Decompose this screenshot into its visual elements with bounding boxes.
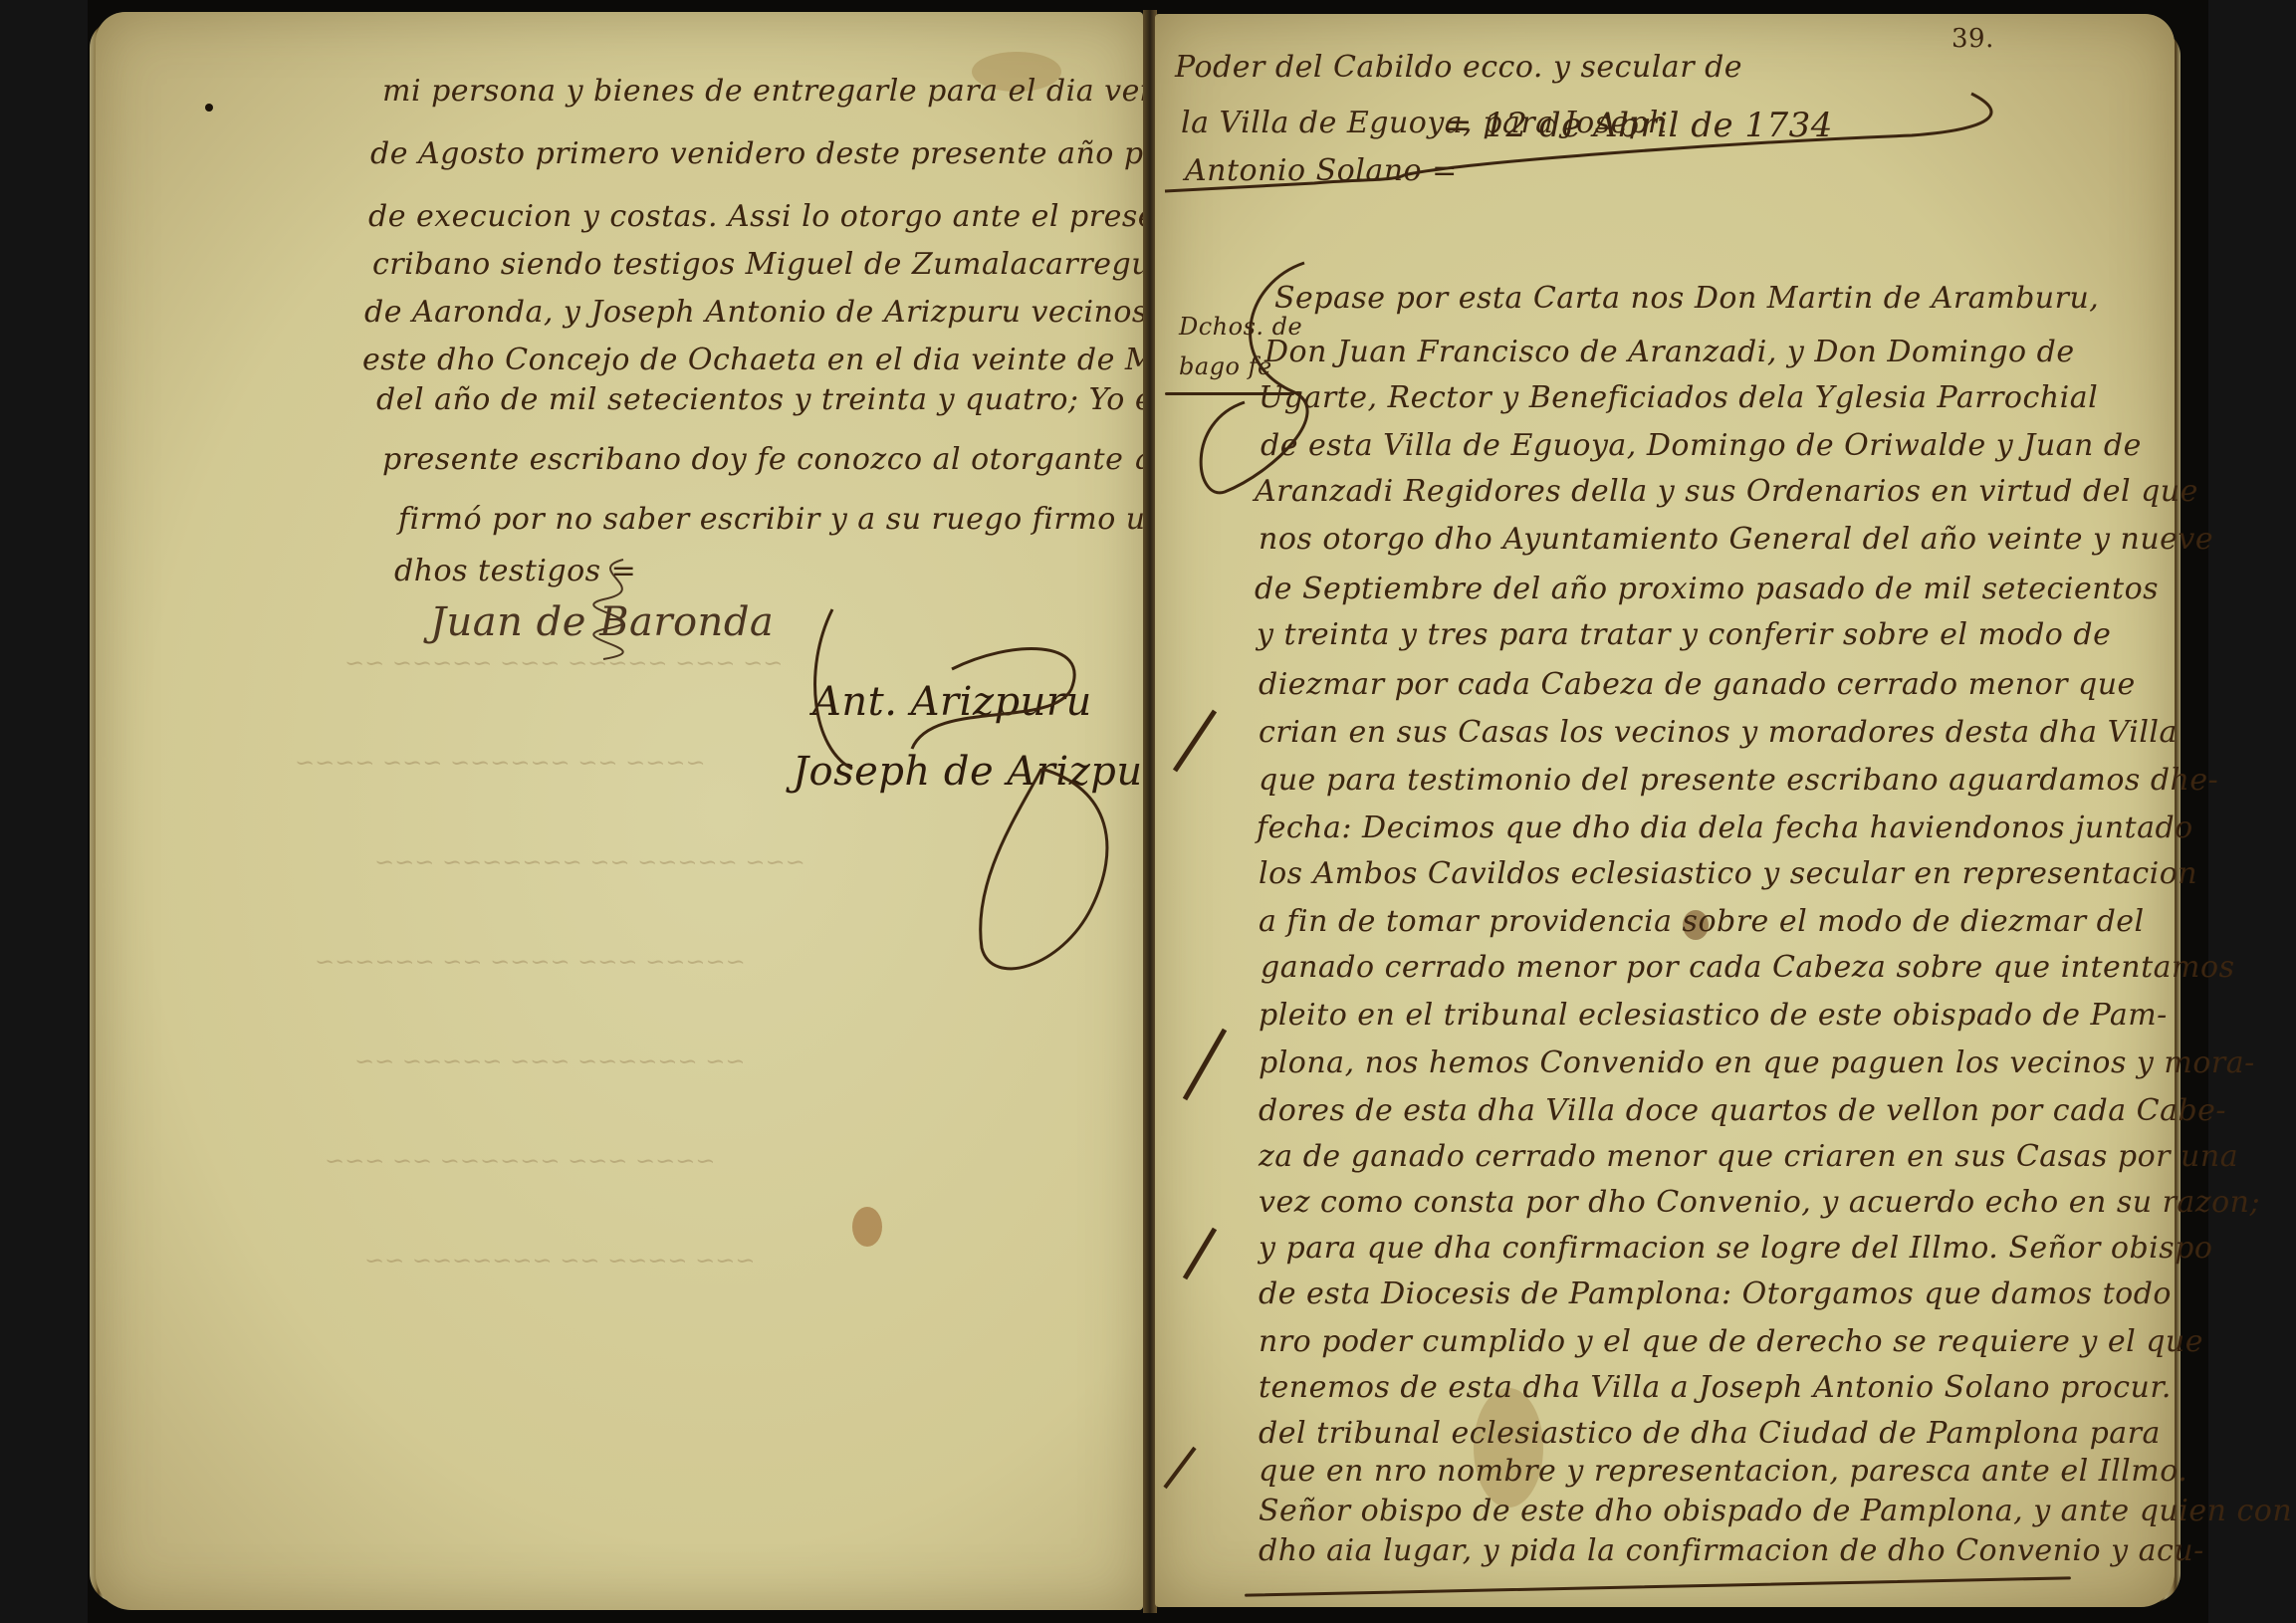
signature-rubric-flourish: [793, 550, 1191, 998]
bleed-through-text: ~~~~~ ~~~ ~~~~ ~~ ~~~~~~: [315, 948, 746, 976]
bleed-through-text: ~~~ ~~~~ ~~ ~~~~~~~ ~~: [364, 1247, 755, 1275]
bleed-through-text: ~~~ ~~~~~ ~~ ~~~~~~~ ~~~: [374, 848, 805, 876]
signature-rubric-loops: [564, 550, 683, 679]
left-page: ~~ ~~~ ~~~~~ ~~~ ~~~~~ ~~ ~~~~ ~~ ~~~~~~…: [96, 12, 1143, 1610]
line-filler-strokes: [1155, 14, 2175, 1607]
worm-hole: [205, 104, 213, 112]
ink-spot: [852, 1207, 882, 1247]
bleed-through-text: ~~~~ ~~~ ~~~~~~ ~~ ~~~: [325, 1147, 715, 1175]
text-line: de Aaronda, y Joseph Antonio de Arizpuru…: [364, 295, 1196, 330]
text-line: de execucion y costas. Assi lo otorgo an…: [368, 199, 1261, 234]
text-line: cribano siendo testigos Miguel de Zumala…: [372, 247, 1252, 282]
bleed-through-text: ~~ ~~~~~~ ~~~ ~~~~~ ~~: [354, 1047, 745, 1075]
text-line: de Agosto primero venidero deste present…: [370, 136, 1200, 171]
text-line: firmó por no saber escribir y a su ruego…: [398, 502, 1232, 537]
bleed-through-text: ~~~~ ~~ ~~~~~~ ~~~ ~~~~: [295, 749, 706, 777]
text-line: presente escribano doy fe conozco al oto…: [382, 442, 1240, 477]
text-line: del año de mil setecientos y treinta y q…: [376, 382, 1163, 417]
text-line: este dho Concejo de Ochaeta en el dia ve…: [362, 343, 1224, 377]
right-page: 39. Poder del Cabildo ecco. y secular de…: [1155, 14, 2175, 1607]
